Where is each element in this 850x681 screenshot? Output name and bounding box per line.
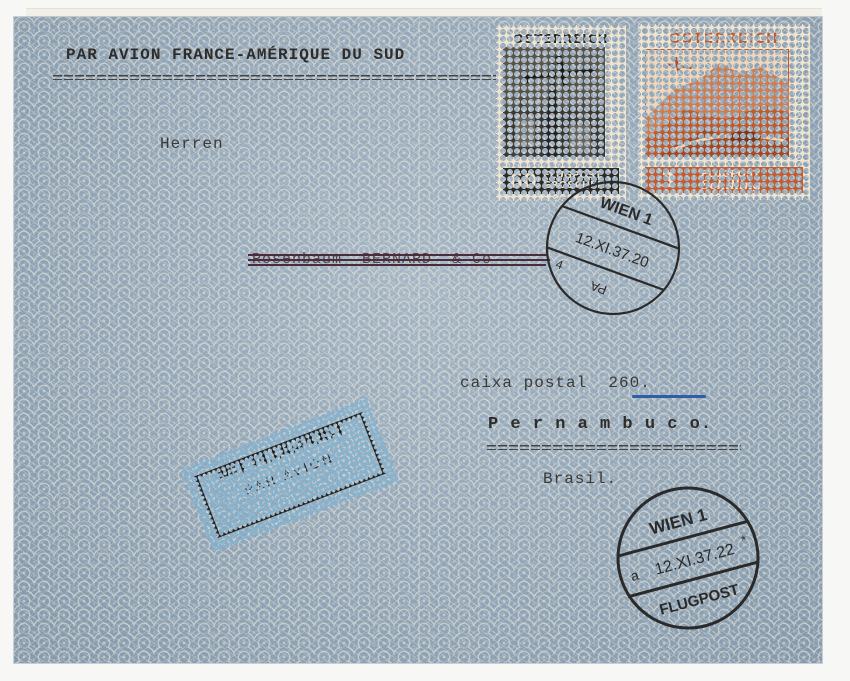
postmark-bottom-text: PA: [588, 278, 609, 298]
postmark-marker: a: [629, 567, 641, 585]
address-postal-number: 260.: [608, 374, 650, 392]
stamp-60-groschen: ÖSTERREICH 60 FLUGPOSTGROSCHEN G.JUNG: [496, 25, 626, 201]
postmark-marker: 4: [554, 257, 565, 273]
blue-pencil-underline: [632, 395, 706, 398]
address-city: P e r n a m b u c o.: [488, 415, 712, 434]
strike-line: [248, 254, 548, 256]
strike-line: [248, 259, 550, 261]
routing-line: PAR AVION FRANCE-AMÉRIQUE DU SUD: [66, 46, 405, 64]
stamp-3-schilling: ÖSTERREICH 3 FLUGPOSTSchilling G.JUNG: [638, 24, 810, 200]
salutation: Herren: [160, 135, 224, 153]
postmark-top-text: WIEN 1: [597, 194, 655, 229]
postmark-date: 12.XI.37.22: [653, 541, 737, 579]
stamp-denomination-bottom: Schilling: [701, 180, 761, 190]
postmark-wien-1-flugpost: WIEN 1 12.XI.37.22 FLUGPOST a *: [614, 484, 762, 637]
strike-line: [248, 264, 546, 266]
address-postal-prefix: caixa postal: [460, 374, 587, 392]
struck-out-address: Rosenbaum BERNARD & Co: [252, 251, 548, 269]
stamp-country: ÖSTERREICH: [503, 32, 619, 46]
address-postal-box: caixa postal 260.: [460, 374, 651, 392]
stamp-country: ÖSTERREICH: [645, 31, 803, 47]
routing-double-underline: [53, 75, 496, 80]
postmark-wien-1-upper: WIEN 1 12.XI.37.20 PA 4: [543, 178, 683, 323]
address-country: Brasil.: [543, 470, 617, 488]
postmark-star-icon: *: [739, 531, 749, 548]
cathedral-airplane-illustration: [503, 47, 605, 157]
postmark-date: 12.XI.37.20: [573, 229, 651, 271]
alpine-airplane-illustration: [645, 49, 789, 157]
envelope-fold: [419, 17, 420, 663]
city-double-underline: [487, 445, 741, 450]
stamp-value: 60: [503, 169, 543, 193]
